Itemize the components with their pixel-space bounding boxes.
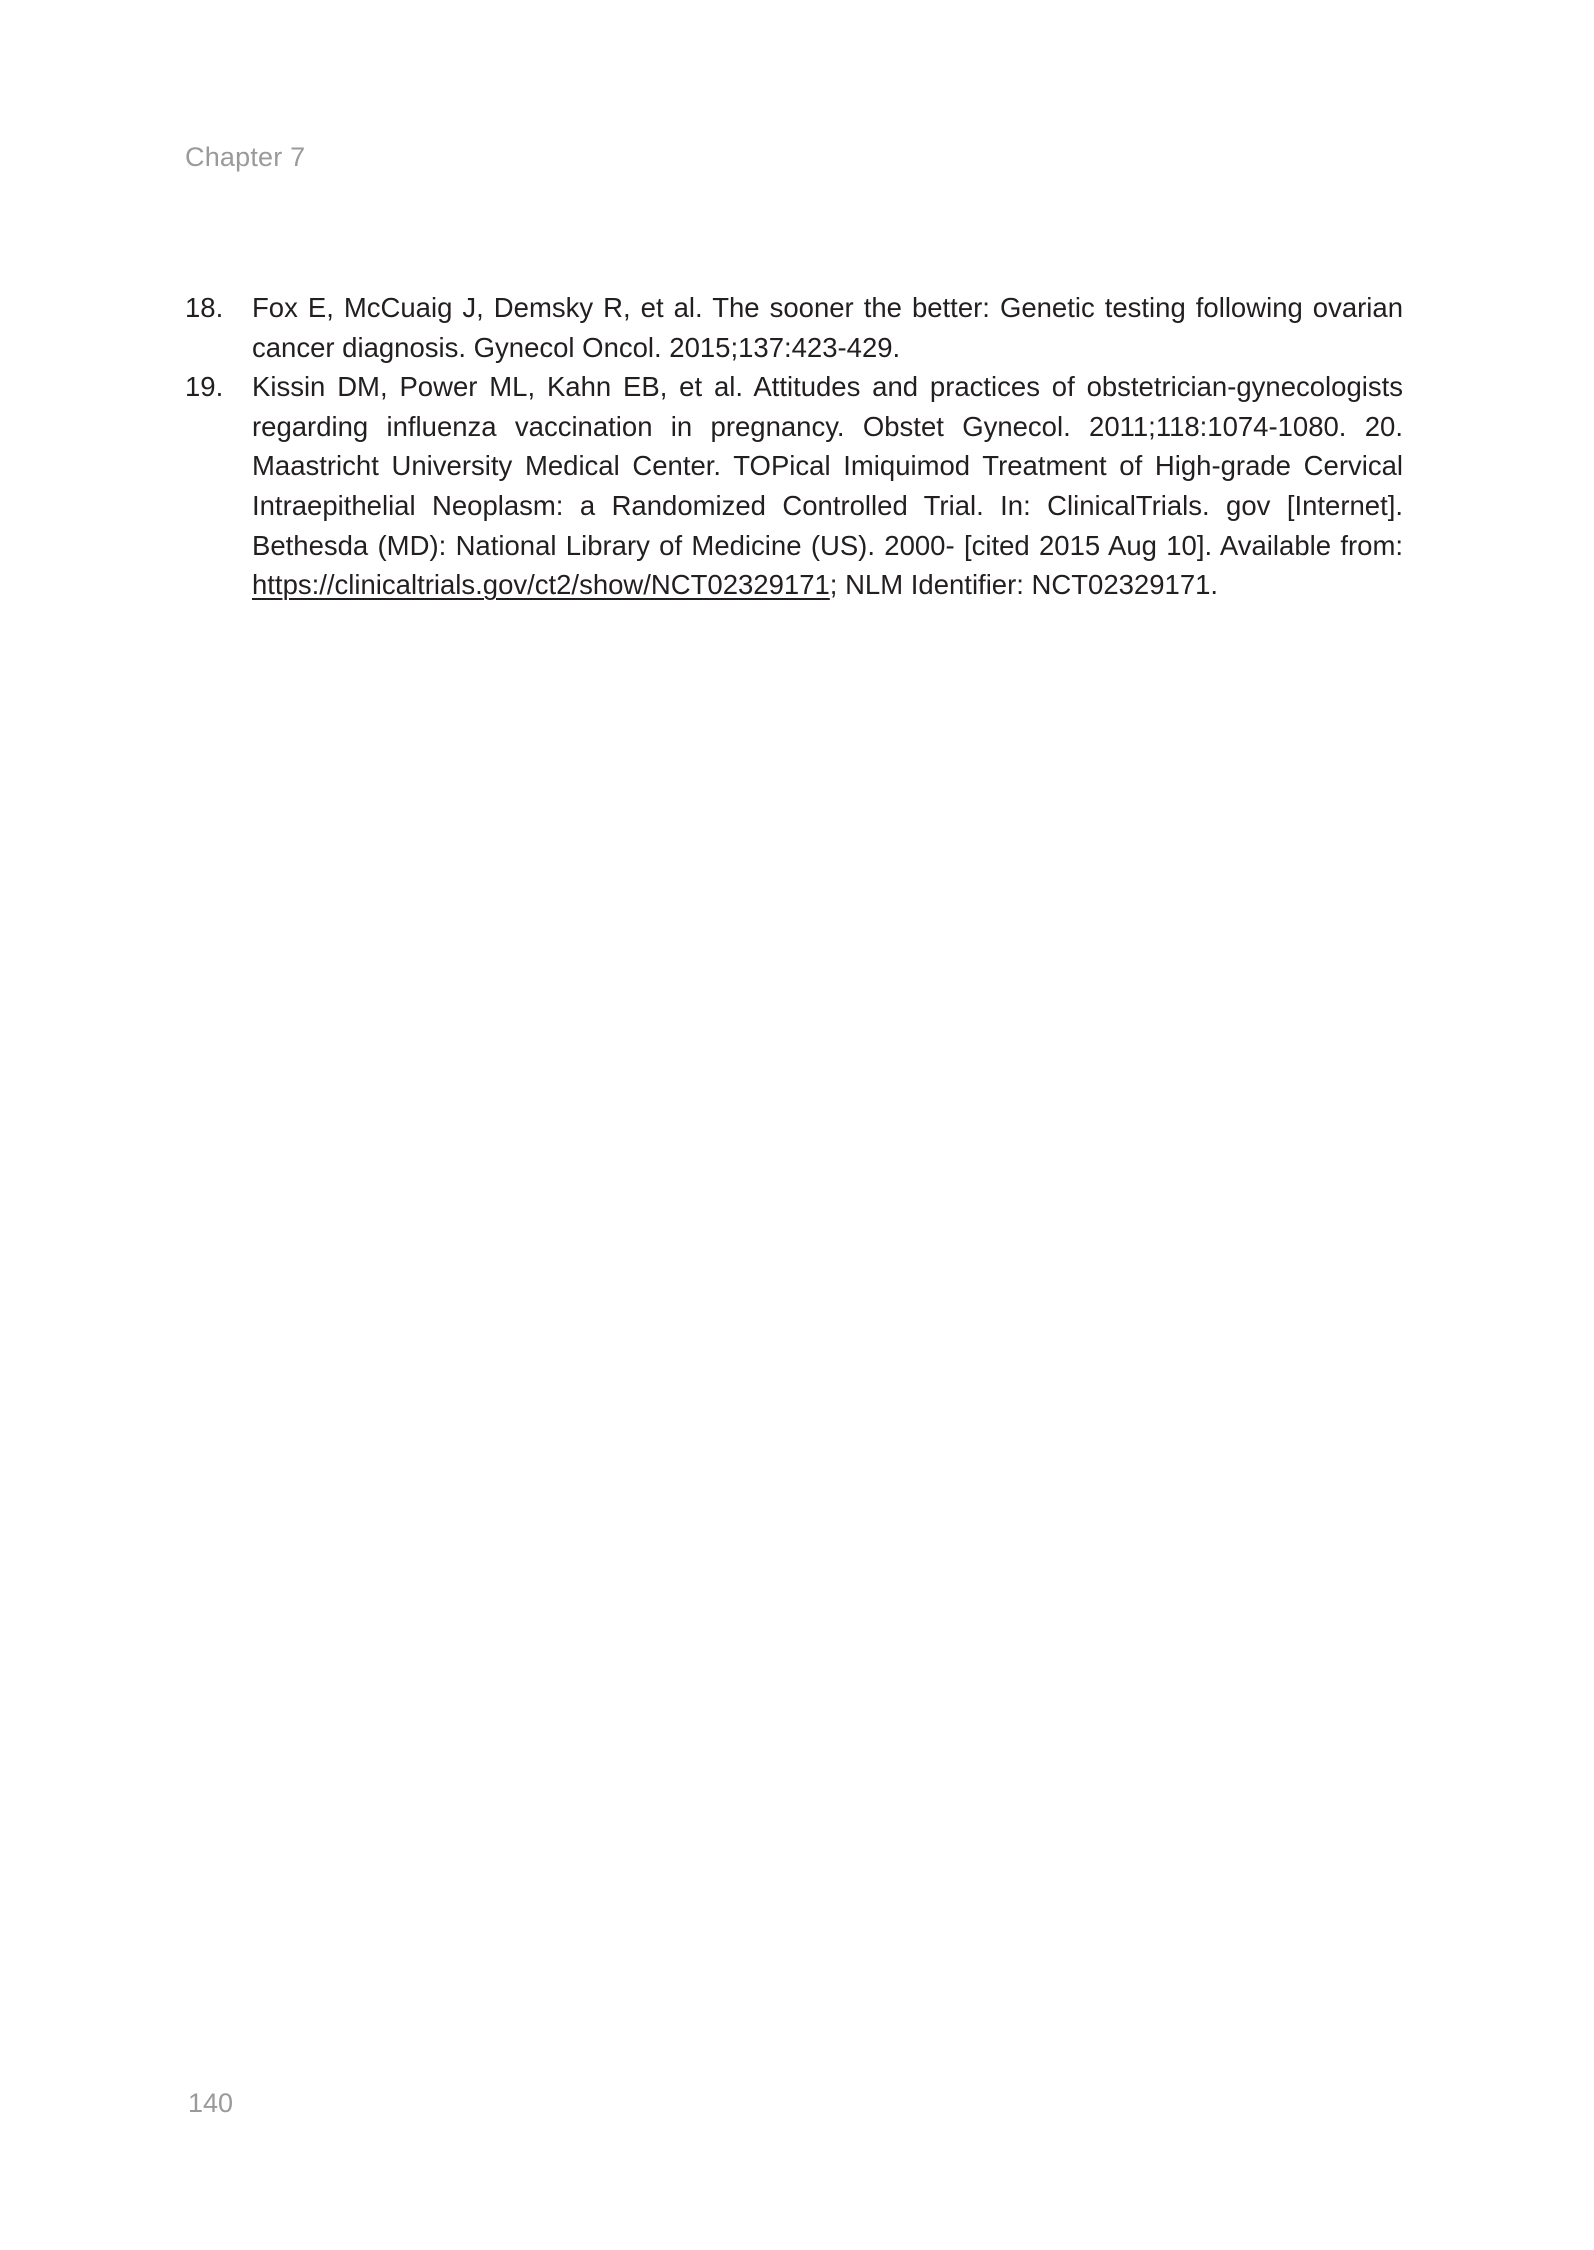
reference-text: Fox E, McCuaig J, Demsky R, et al. The s… [252,292,1403,363]
reference-text-part: ; NLM Identifier: NCT02329171. [830,569,1218,600]
reference-number: 18. [185,288,223,328]
reference-list: 18. Fox E, McCuaig J, Demsky R, et al. T… [185,288,1403,605]
running-head: Chapter 7 [185,142,305,173]
reference-number: 19. [185,367,223,407]
page-number: 140 [188,2088,233,2119]
reference-text: Kissin DM, Power ML, Kahn EB, et al. Att… [252,371,1403,600]
reference-item: 19. Kissin DM, Power ML, Kahn EB, et al.… [185,367,1403,605]
clinicaltrials-link[interactable]: https://clinicaltrials.gov/ct2/show/NCT0… [252,569,830,600]
reference-item: 18. Fox E, McCuaig J, Demsky R, et al. T… [185,288,1403,367]
reference-text-part: Kissin DM, Power ML, Kahn EB, et al. Att… [252,371,1403,560]
